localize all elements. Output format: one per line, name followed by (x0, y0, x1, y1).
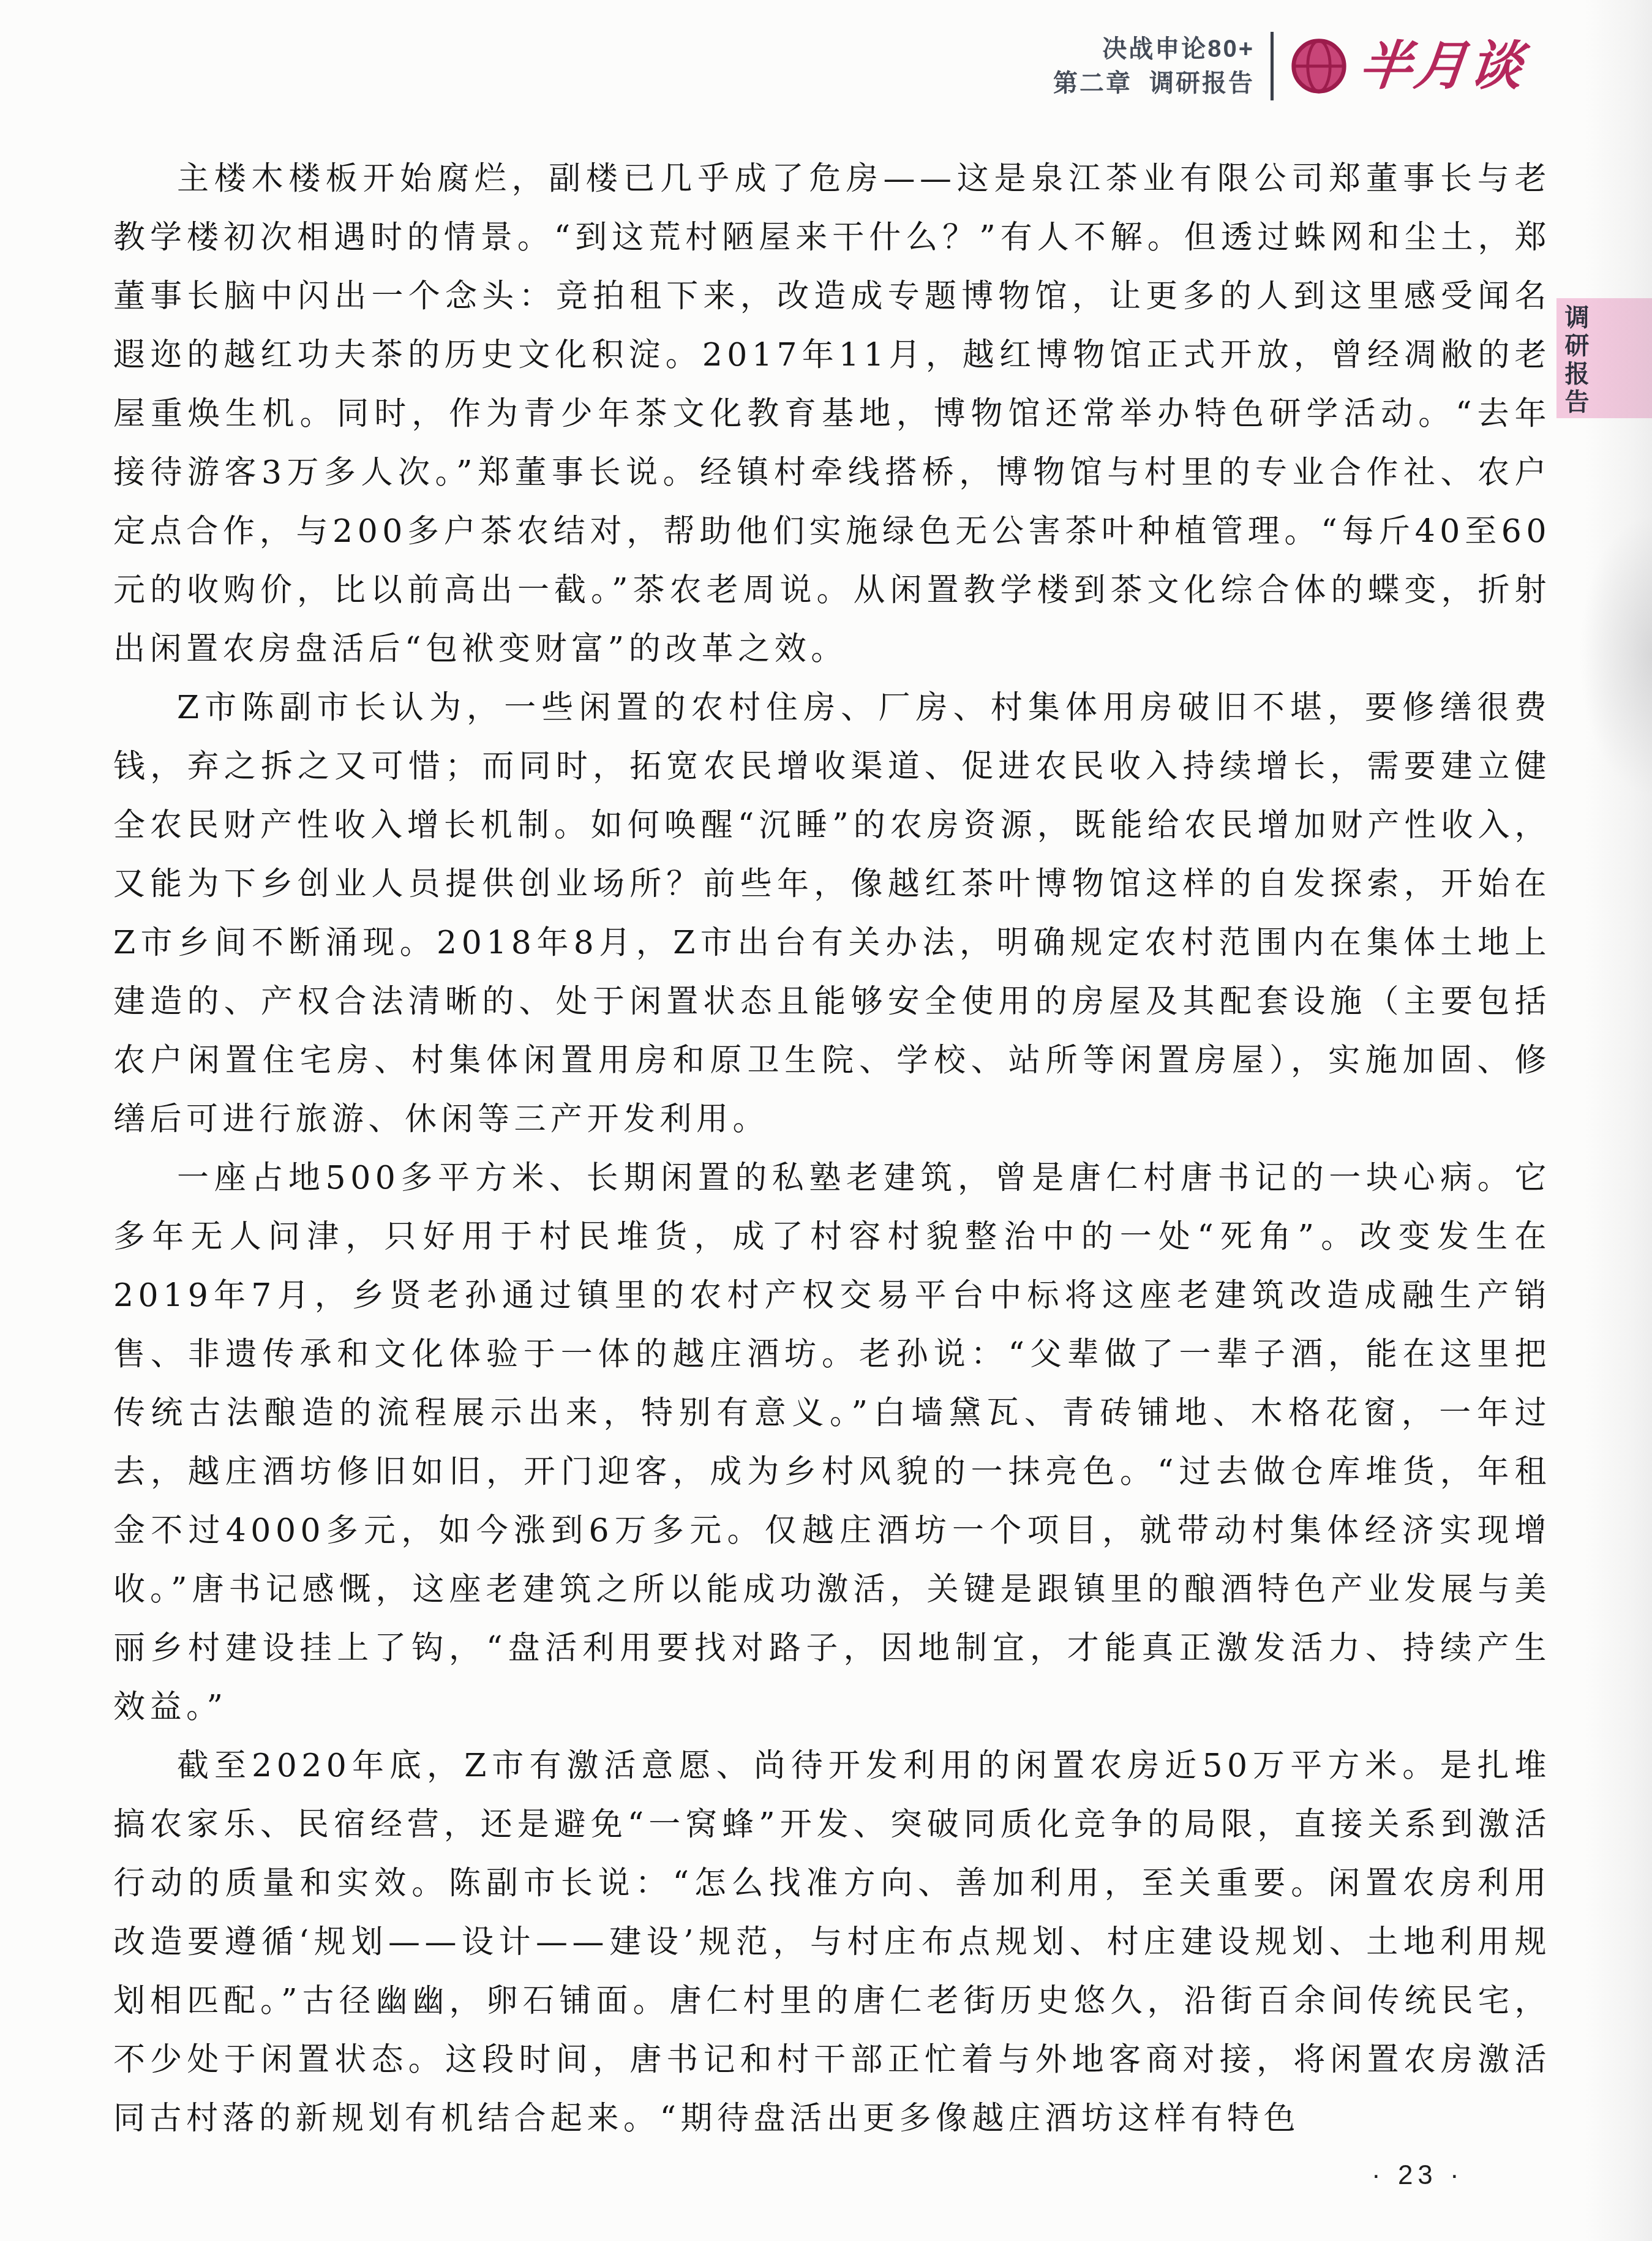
scanned-book-page: 决战申论80+ 第二章 调研报告 半月谈 调研报告 主楼木楼板开始腐烂，副楼已几… (0, 0, 1652, 2241)
chapter-edge-tab: 调研报告 (1556, 298, 1652, 418)
page-number: · 23 · (1372, 2160, 1464, 2191)
globe-icon (1290, 37, 1348, 96)
paragraph: Z市陈副市长认为，一些闲置的农村住房、厂房、村集体用房破旧不堪，要修缮很费钱，弃… (113, 678, 1551, 1149)
header-divider (1271, 32, 1274, 100)
page-curl-shadow (1579, 514, 1652, 796)
paragraph: 主楼木楼板开始腐烂，副楼已几乎成了危房——这是泉江茶业有限公司郑董事长与老教学楼… (113, 149, 1551, 678)
chapter-edge-tab-label: 调研报告 (1561, 304, 1588, 417)
paragraph: 截至2020年底，Z市有激活意愿、尚待开发利用的闲置农房近50万平方米。是扎堆搞… (113, 1736, 1551, 2148)
chapter-line: 第二章 调研报告 (1053, 66, 1255, 100)
chapter-label: 第二章 (1053, 66, 1132, 100)
article-body: 主楼木楼板开始腐烂，副楼已几乎成了危房——这是泉江茶业有限公司郑董事长与老教学楼… (113, 149, 1551, 2148)
banyuetan-logo: 半月谈 (1290, 37, 1525, 96)
page-header: 决战申论80+ 第二章 调研报告 半月谈 (1053, 32, 1525, 100)
header-title-block: 决战申论80+ 第二章 调研报告 (1053, 32, 1255, 100)
paragraph: 一座占地500多平方米、长期闲置的私塾老建筑，曾是唐仁村唐书记的一块心病。它多年… (113, 1149, 1551, 1736)
book-title: 决战申论80+ (1102, 32, 1255, 66)
logo-wordmark: 半月谈 (1356, 37, 1528, 96)
section-label: 调研报告 (1149, 66, 1255, 100)
